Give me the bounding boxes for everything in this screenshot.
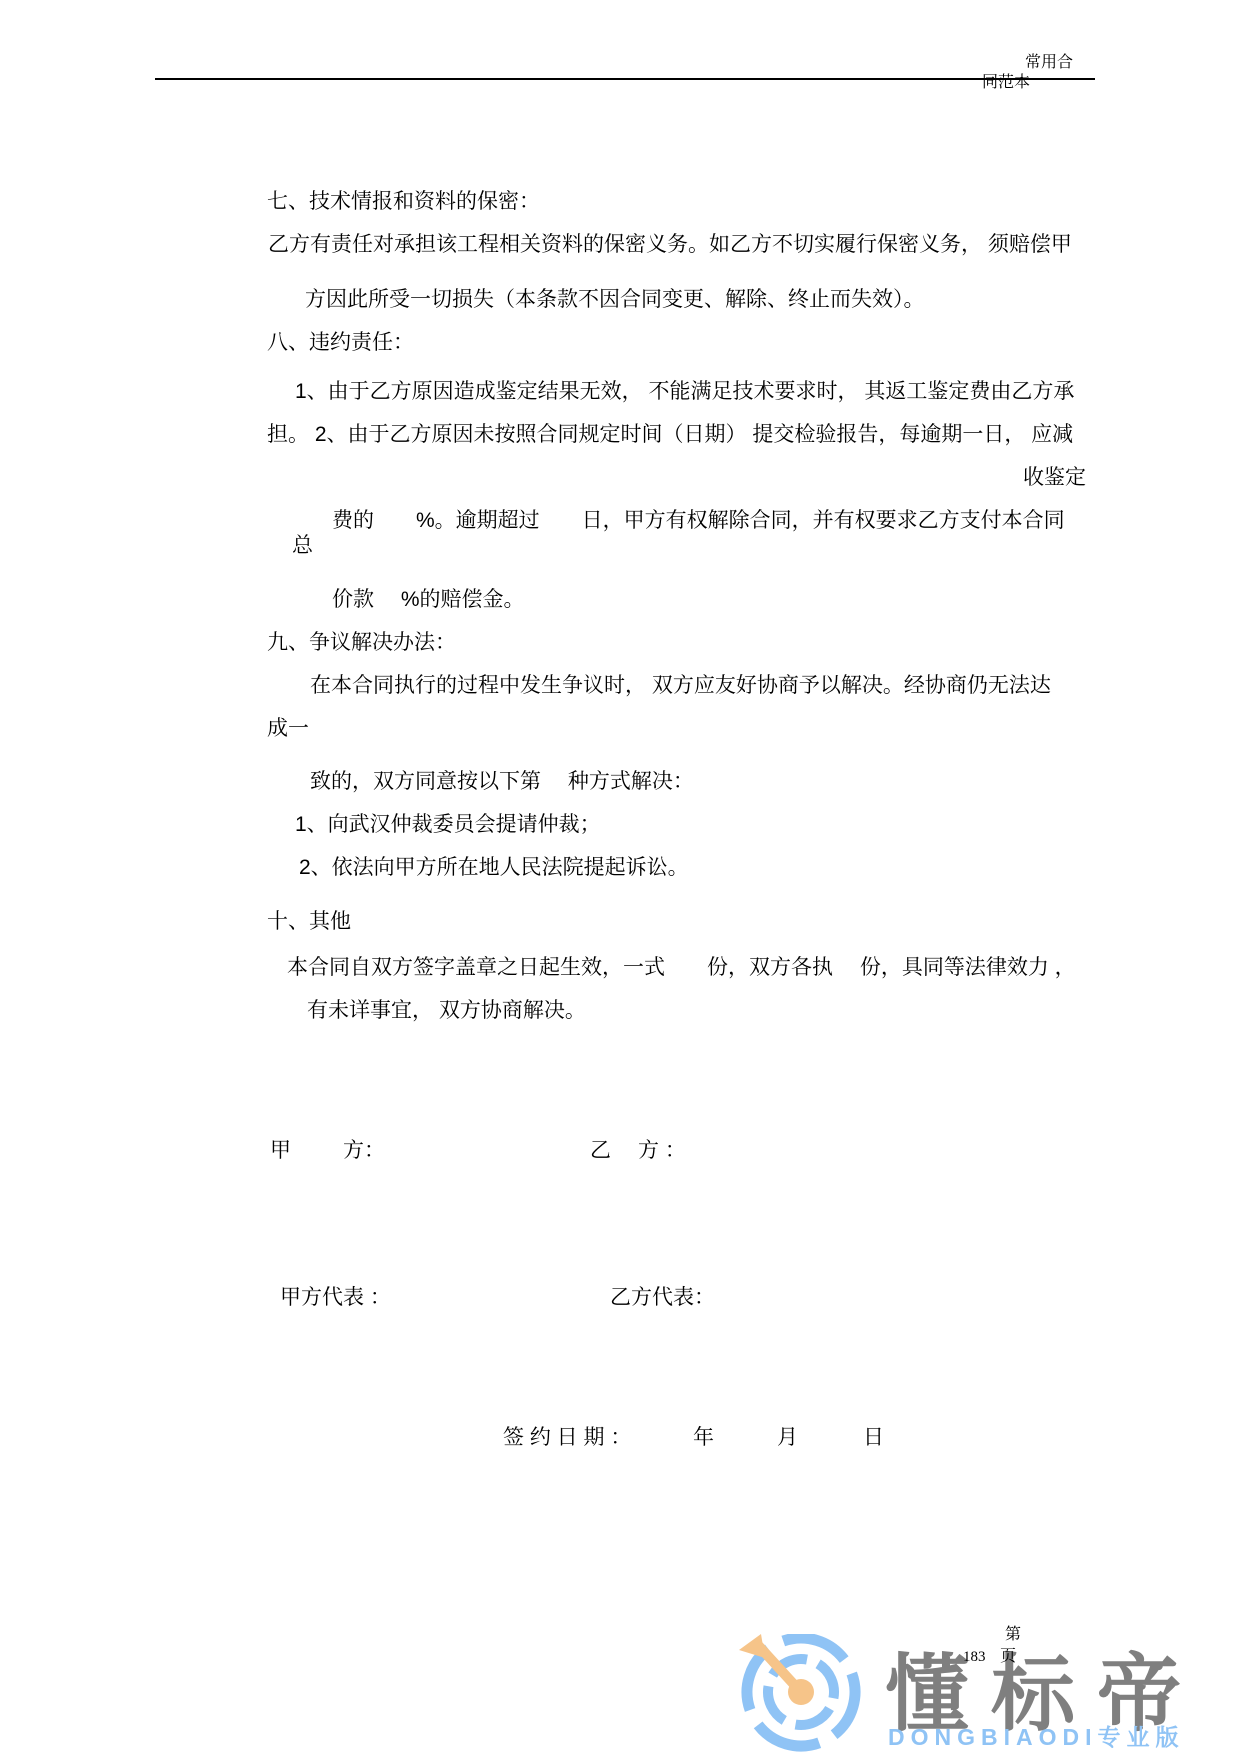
watermark-brand-cn: 懂标帝 [885,1652,1203,1736]
brand-en-latin: DONGBIAODI [888,1724,1098,1750]
brand-en-edition: 专业版 [1098,1724,1185,1750]
text-line: 乙方代表： [610,1286,715,1310]
text-line: 乙方有责任对承担该工程相关资料的保密义务。如乙方不切实履行保密义务， 须赔偿甲 [268,233,1072,257]
text-line: 1、由于乙方原因造成鉴定结果无效， 不能满足技术要求时， 其返工鉴定费由乙方承 [295,380,1074,404]
text-line: 月 [777,1426,798,1450]
text-line: 担。 2、由于乙方原因未按照合同规定时间（日期） 提交检验报告，每逾期一日， 应… [267,423,1073,447]
page-number: 183 [963,1650,986,1665]
text-line: 成一 [267,717,309,741]
watermark-brand-en: DONGBIAODI专业版 [888,1726,1185,1749]
text-line: 七、技术情报和资料的保密： [267,190,540,214]
text-line: 甲方代表 ： [280,1286,391,1310]
text-line: 十、其他 [267,910,351,934]
text-line: 甲 [270,1139,291,1163]
dart-shaft [757,1644,799,1690]
text-line: 在本合同执行的过程中发生争议时， 双方应友好协商予以解决。经协商仍无法达 [310,674,1051,698]
text-line: 方 ： [638,1139,686,1163]
text-line: 日 [863,1426,884,1450]
text-line: 九、争议解决办法： [267,631,456,655]
header-text-line1: 常用合 [1025,55,1073,71]
bullseye-center-dot [788,1679,814,1705]
page-number-suffix: 页 [1000,1649,1016,1665]
text-line: 签 约 日 期 ： [503,1426,631,1450]
text-line: 方： [343,1139,385,1163]
text-line: 费的 %。逾期超过 日，甲方有权解除合同，并有权要求乙方支付本合同 [332,509,1065,533]
text-line: 本合同自双方签字盖章之日起生效，一式 份，双方各执 份，具同等法律效力 ， [287,956,1076,980]
page-number-prefix: 第 [1005,1627,1021,1643]
text-line: 总 [292,534,313,558]
text-line: 1、向武汉仲裁委员会提请仲裁； [295,813,601,837]
text-line: 价款 %的赔偿金。 [332,588,525,612]
text-line: 2、依法向甲方所在地人民法院提起诉讼。 [299,856,689,880]
text-line: 八、违约责任： [267,331,414,355]
text-line: 乙 [590,1139,611,1163]
dart-arrowhead [739,1634,765,1658]
text-line: 方因此所受一切损失（本条款不因合同变更、解除、终止而失效）。 [305,288,925,312]
text-line: 收鉴定 [1023,466,1086,490]
text-line: 有未详事宜， 双方协商解决。 [307,999,586,1023]
text-line: 致的，双方同意按以下第 种方式解决： [310,770,694,794]
document-page: 常用合 同范本 七、技术情报和资料的保密：乙方有责任对承担该工程相关资料的保密义… [0,0,1241,1754]
header-rule [155,78,1095,80]
text-line: 年 [693,1426,714,1450]
target-bullseye-icon [737,1634,871,1754]
